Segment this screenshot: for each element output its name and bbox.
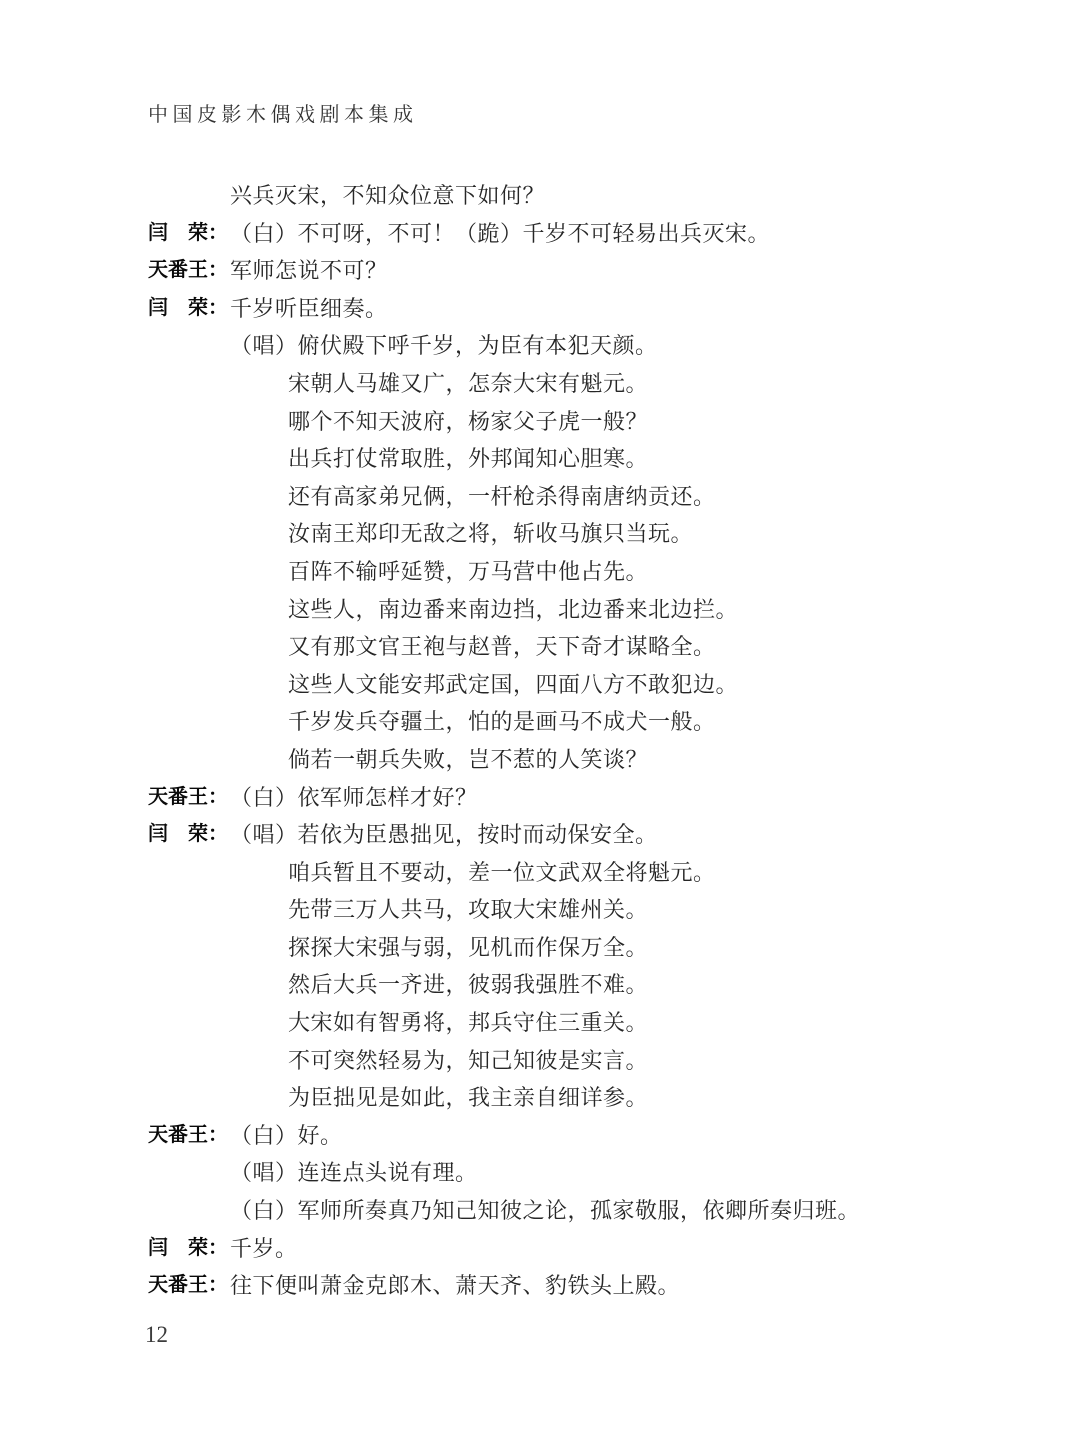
speaker-name: 闫 荣： — [148, 215, 228, 253]
script-line: 兴兵灭宋，不知众位意下如何？ — [0, 177, 1080, 215]
script-line: 闫 荣：（白）不可呀，不可！（跪）千岁不可轻易出兵灭宋。 — [0, 215, 1080, 253]
script-line: 闫 荣：千岁听臣细奏。 — [0, 290, 1080, 328]
line-text: 这些人文能安邦武定国，四面八方不敢犯边。 — [288, 672, 738, 697]
script-line: 天番王：（白）好。 — [0, 1117, 1080, 1155]
line-text: 军师怎说不可？ — [230, 258, 388, 283]
script-line: 又有那文官王袍与赵普，天下奇才谋略全。 — [0, 628, 1080, 666]
line-text: 然后大兵一齐进，彼弱我强胜不难。 — [288, 972, 648, 997]
page-number: 12 — [145, 1322, 168, 1348]
line-text: 先带三万人共马，攻取大宋雄州关。 — [288, 897, 648, 922]
line-text: 咱兵暂且不要动，差一位文武双全将魁元。 — [288, 860, 716, 885]
speaker-name: 天番王： — [148, 779, 228, 817]
line-text: 出兵打仗常取胜，外邦闻知心胆寒。 — [288, 446, 648, 471]
line-text: （白）军师所奏真乃知己知彼之论，孤家敬服，依卿所奏归班。 — [230, 1198, 860, 1223]
line-text: （白）依军师怎样才好？ — [230, 785, 478, 810]
script-line: 然后大兵一齐进，彼弱我强胜不难。 — [0, 966, 1080, 1004]
line-text: （白）好。 — [230, 1123, 343, 1148]
line-text: 千岁听臣细奏。 — [230, 296, 388, 321]
script-line: （白）军师所奏真乃知己知彼之论，孤家敬服，依卿所奏归班。 — [0, 1192, 1080, 1230]
line-text: （唱）连连点头说有理。 — [230, 1160, 478, 1185]
line-text: 百阵不输呼延赞，万马营中他占先。 — [288, 559, 648, 584]
script-line: 为臣拙见是如此，我主亲自细详参。 — [0, 1079, 1080, 1117]
line-text: 探探大宋强与弱，见机而作保万全。 — [288, 935, 648, 960]
script-line: 这些人文能安邦武定国，四面八方不敢犯边。 — [0, 666, 1080, 704]
line-text: 又有那文官王袍与赵普，天下奇才谋略全。 — [288, 634, 716, 659]
speaker-name: 闫 荣： — [148, 1230, 228, 1268]
line-text: 还有高家弟兄俩，一杆枪杀得南唐纳贡还。 — [288, 484, 716, 509]
line-text: 汝南王郑印无敌之将，斩收马旗只当玩。 — [288, 521, 693, 546]
speaker-name: 天番王： — [148, 252, 228, 290]
script-line: 天番王：（白）依军师怎样才好？ — [0, 779, 1080, 817]
script-line: 千岁发兵夺疆土，怕的是画马不成犬一般。 — [0, 703, 1080, 741]
speaker-name: 天番王： — [148, 1267, 228, 1305]
line-text: 为臣拙见是如此，我主亲自细详参。 — [288, 1085, 648, 1110]
speaker-name: 天番王： — [148, 1117, 228, 1155]
line-text: 兴兵灭宋，不知众位意下如何？ — [230, 183, 545, 208]
script-line: 先带三万人共马，攻取大宋雄州关。 — [0, 891, 1080, 929]
line-text: （唱）若依为臣愚拙见，按时而动保安全。 — [230, 822, 658, 847]
line-text: 大宋如有智勇将，邦兵守住三重关。 — [288, 1010, 648, 1035]
speaker-name: 闫 荣： — [148, 816, 228, 854]
book-series-title: 中国皮影木偶戏剧本集成 — [148, 98, 418, 127]
script-line: 还有高家弟兄俩，一杆枪杀得南唐纳贡还。 — [0, 478, 1080, 516]
line-text: 千岁。 — [230, 1236, 298, 1261]
script-line: 出兵打仗常取胜，外邦闻知心胆寒。 — [0, 440, 1080, 478]
line-text: 千岁发兵夺疆土，怕的是画马不成犬一般。 — [288, 709, 716, 734]
line-text: （唱）俯伏殿下呼千岁，为臣有本犯天颜。 — [230, 333, 658, 358]
line-text: 倘若一朝兵失败，岂不惹的人笑谈？ — [288, 747, 648, 772]
speaker-name: 闫 荣： — [148, 290, 228, 328]
script-line: 不可突然轻易为，知己知彼是实言。 — [0, 1042, 1080, 1080]
script-line: 探探大宋强与弱，见机而作保万全。 — [0, 929, 1080, 967]
script-line: 闫 荣：（唱）若依为臣愚拙见，按时而动保安全。 — [0, 816, 1080, 854]
script-line: 这些人，南边番来南边挡，北边番来北边拦。 — [0, 591, 1080, 629]
line-text: （白）不可呀，不可！（跪）千岁不可轻易出兵灭宋。 — [230, 221, 770, 246]
script-line: 大宋如有智勇将，邦兵守住三重关。 — [0, 1004, 1080, 1042]
line-text: 不可突然轻易为，知己知彼是实言。 — [288, 1048, 648, 1073]
script-page: 中国皮影木偶戏剧本集成 兴兵灭宋，不知众位意下如何？闫 荣：（白）不可呀，不可！… — [0, 0, 1080, 1448]
line-text: 宋朝人马雄又广，怎奈大宋有魁元。 — [288, 371, 648, 396]
script-line: 咱兵暂且不要动，差一位文武双全将魁元。 — [0, 854, 1080, 892]
script-line: 百阵不输呼延赞，万马营中他占先。 — [0, 553, 1080, 591]
script-line: （唱）俯伏殿下呼千岁，为臣有本犯天颜。 — [0, 327, 1080, 365]
line-text: 往下便叫萧金克郎木、萧天齐、豹铁头上殿。 — [230, 1273, 680, 1298]
script-line: 天番王：军师怎说不可？ — [0, 252, 1080, 290]
script-line: 汝南王郑印无敌之将，斩收马旗只当玩。 — [0, 515, 1080, 553]
script-line: 倘若一朝兵失败，岂不惹的人笑谈？ — [0, 741, 1080, 779]
script-line: 宋朝人马雄又广，怎奈大宋有魁元。 — [0, 365, 1080, 403]
script-line: 闫 荣：千岁。 — [0, 1230, 1080, 1268]
script-line: 天番王：往下便叫萧金克郎木、萧天齐、豹铁头上殿。 — [0, 1267, 1080, 1305]
line-text: 这些人，南边番来南边挡，北边番来北边拦。 — [288, 597, 738, 622]
script-body: 兴兵灭宋，不知众位意下如何？闫 荣：（白）不可呀，不可！（跪）千岁不可轻易出兵灭… — [0, 177, 1080, 1305]
line-text: 哪个不知天波府，杨家父子虎一般？ — [288, 409, 648, 434]
script-line: 哪个不知天波府，杨家父子虎一般？ — [0, 403, 1080, 441]
script-line: （唱）连连点头说有理。 — [0, 1154, 1080, 1192]
